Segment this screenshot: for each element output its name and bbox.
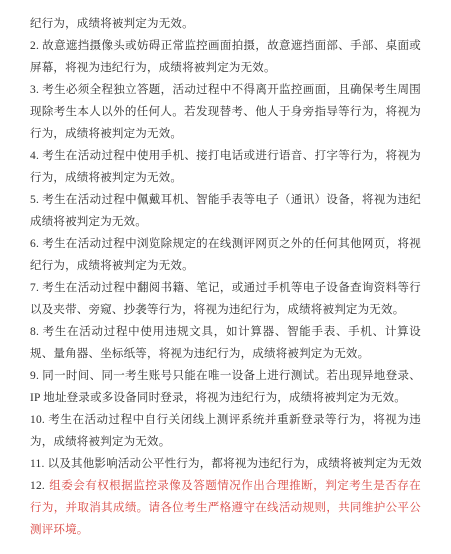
rule-line: 4. 考生在活动过程中使用手机、接打电话或进行语音、打字等行为，将视为违纪: [30, 145, 421, 167]
rule-line: 5. 考生在活动过程中佩戴耳机、智能手表等电子（通讯）设备，将视为违纪行为，: [30, 189, 421, 211]
rule-line: 屏幕，将视为违纪行为，成绩将被判定为无效。: [30, 57, 421, 79]
rule-line-highlight: 行为，并取消其成绩。请各位考生严格遵守在线活动规则，共同维护公平公正的: [30, 497, 421, 519]
rule-line: 纪行为，成绩将被判定为无效。: [30, 255, 421, 277]
rule-line: 8. 考生在活动过程中使用违规文具，如计算器、智能手表、手机、计算设备、圆: [30, 321, 421, 343]
document-page: 纪行为，成绩将被判定为无效。 2. 故意遮挡摄像头或妨碍正常监控画面拍摄，故意遮…: [0, 0, 451, 541]
rule-line: 规、量角器、坐标纸等，将视为违纪行为，成绩将被判定为无效。: [30, 343, 421, 365]
rule-line-highlight-text: 组委会有权根据监控录像及答题情况作出合理推断，判定考生是否存在违纪: [30, 480, 421, 497]
rule-line: 纪行为，成绩将被判定为无效。: [30, 13, 421, 35]
rule-line: 9. 同一时间、同一考生账号只能在唯一设备上进行测试。若出现异地登录、异常: [30, 365, 421, 387]
rule-line: 为，成绩将被判定为无效。: [30, 431, 421, 453]
rule-line: 3. 考生必须全程独立答题，活动过程中不得离开监控画面，且确保考生周围不出: [30, 79, 421, 101]
rule-line: IP 地址登录或多设备同时登录，将视为违纪行为，成绩将被判定为无效。: [30, 387, 421, 409]
rule-line: 行为，成绩将被判定为无效。: [30, 167, 421, 189]
rule-line: 7. 考生在活动过程中翻阅书籍、笔记，或通过手机等电子设备查询资料等行为，: [30, 277, 421, 299]
rule-line: 以及夹带、旁窥、抄袭等行为，将视为违纪行为，成绩将被判定为无效。: [30, 299, 421, 321]
rule-line: 10. 考生在活动过程中自行关闭线上测评系统并重新登录等行为，将视为违纪行: [30, 409, 421, 431]
rule-line-highlight: 测评环境。: [30, 519, 421, 541]
rule-number: 12.: [30, 480, 49, 492]
rule-line: 6. 考生在活动过程中浏览除规定的在线测评网页之外的任何其他网页，将视为违: [30, 233, 421, 255]
rule-line-highlight: 12.组委会有权根据监控录像及答题情况作出合理推断，判定考生是否存在违纪: [30, 475, 421, 497]
rule-line: 行为，成绩将被判定为无效。: [30, 123, 421, 145]
rule-line: 现除考生本人以外的任何人。若发现替考、他人于身旁指导等行为，将视为违纪: [30, 101, 421, 123]
rule-line: 2. 故意遮挡摄像头或妨碍正常监控画面拍摄，故意遮挡面部、手部、桌面或电脑: [30, 35, 421, 57]
rule-line: 11. 以及其他影响活动公平性行为，都将视为违纪行为，成绩将被判定为无效。: [30, 453, 421, 475]
rule-line: 成绩将被判定为无效。: [30, 211, 421, 233]
